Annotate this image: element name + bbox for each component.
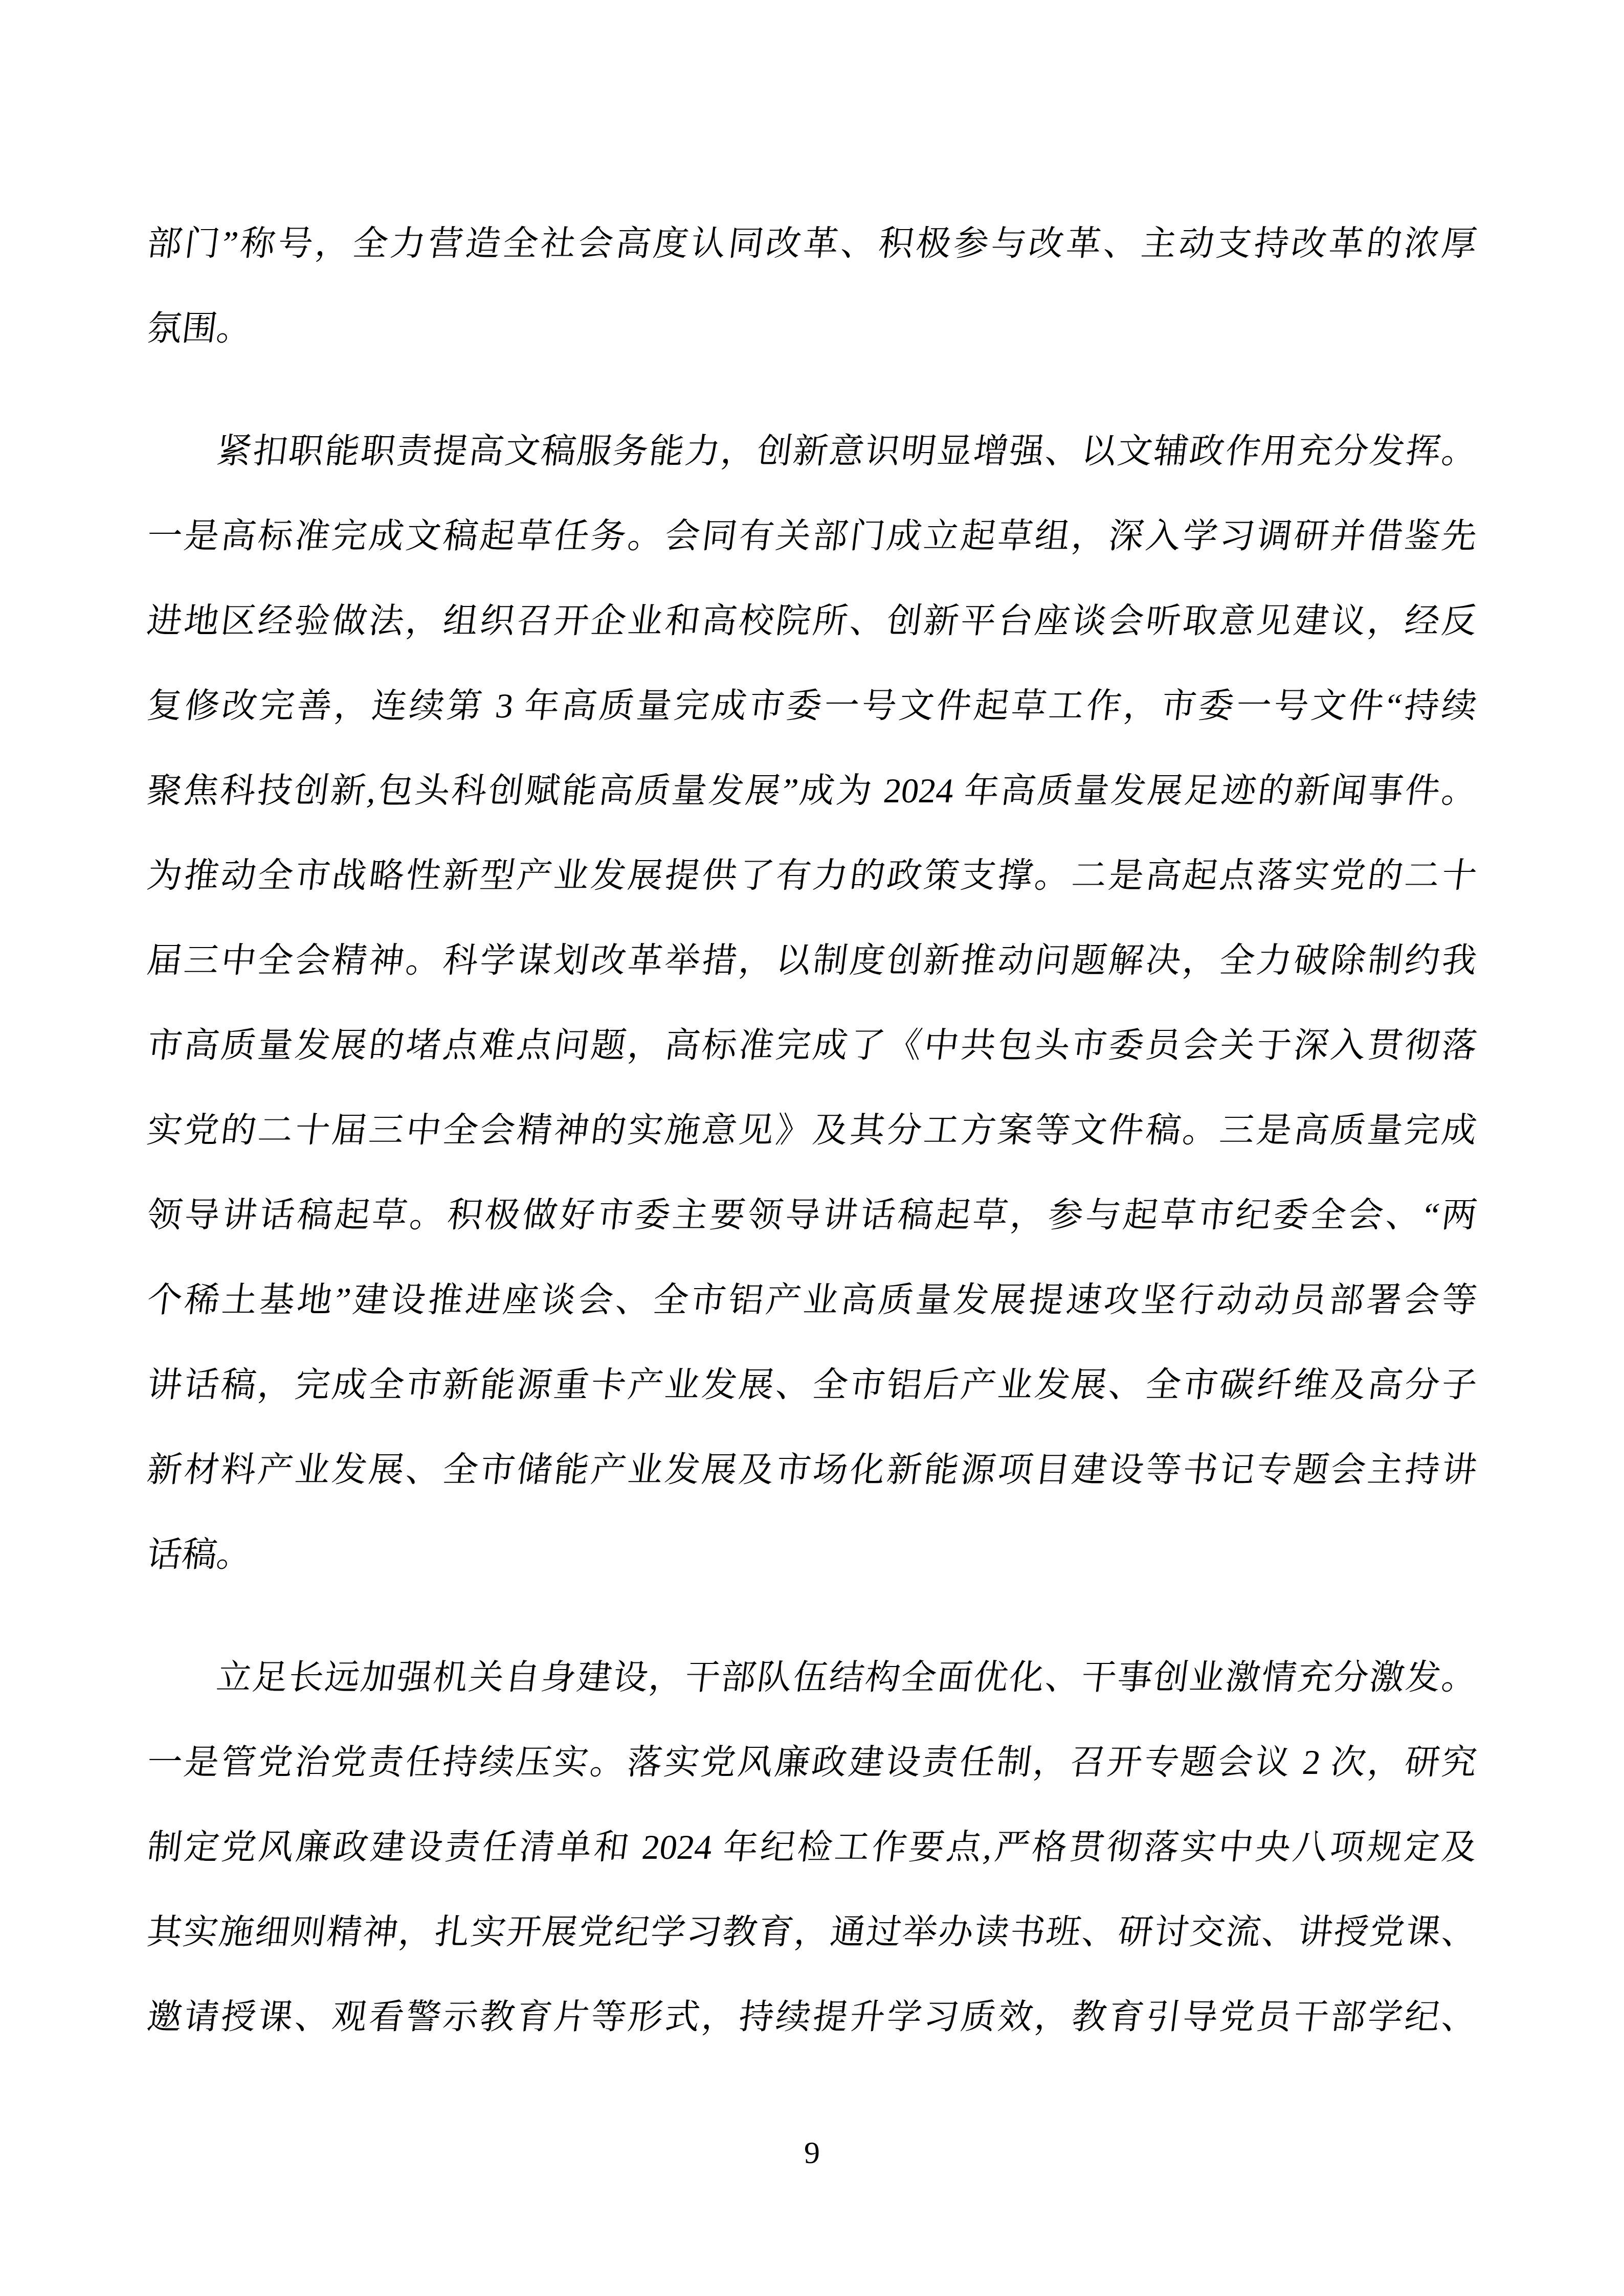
- text-line: 部门”称号，全力营造全社会高度认同改革、积极参与改革、主动支持改革的浓厚: [142, 201, 1482, 286]
- text-line: 紧扣职能职责提高文稿服务能力，创新意识明显增强、以文辅政作用充分发挥。: [142, 409, 1482, 493]
- text-line: 领导讲话稿起草。积极做好市委主要领导讲话稿起草，参与起草市纪委全会、“两: [142, 1173, 1482, 1257]
- text-line: 市高质量发展的堵点难点问题，高标准完成了《中共包头市委员会关于深入贯彻落: [142, 1003, 1482, 1088]
- document-body: 部门”称号，全力营造全社会高度认同改革、积极参与改革、主动支持改革的浓厚 氛围。…: [147, 201, 1477, 2059]
- page-number: 9: [0, 2135, 1624, 2171]
- text-line: 其实施细则精神，扎实开展党纪学习教育，通过举办读书班、研讨交流、讲授党课、: [142, 1889, 1482, 1974]
- text-line: 话稿。: [142, 1512, 1482, 1597]
- text-line: 为推动全市战略性新型产业发展提供了有力的政策支撑。二是高起点落实党的二十: [142, 833, 1482, 918]
- text-line: 个稀土基地”建设推进座谈会、全市铝产业高质量发展提速攻坚行动动员部署会等: [142, 1257, 1482, 1342]
- text-line: 讲话稿，完成全市新能源重卡产业发展、全市铝后产业发展、全市碳纤维及高分子: [142, 1342, 1482, 1427]
- text-line: 复修改完善，连续第 3 年高质量完成市委一号文件起草工作，市委一号文件“持续: [142, 663, 1482, 748]
- text-line: 氛围。: [142, 286, 1482, 371]
- text-line: 实党的二十届三中全会精神的实施意见》及其分工方案等文件稿。三是高质量完成: [142, 1088, 1482, 1173]
- text-line: 进地区经验做法，组织召开企业和高校院所、创新平台座谈会听取意见建议，经反: [142, 578, 1482, 663]
- text-line: 邀请授课、观看警示教育片等形式，持续提升学习质效，教育引导党员干部学纪、: [142, 1974, 1482, 2059]
- text-line: 新材料产业发展、全市储能产业发展及市场化新能源项目建设等书记专题会主持讲: [142, 1427, 1482, 1512]
- text-line: 一是高标准完成文稿起草任务。会同有关部门成立起草组，深入学习调研并借鉴先: [142, 493, 1482, 578]
- text-line: 聚焦科技创新,包头科创赋能高质量发展”成为 2024 年高质量发展足迹的新闻事件…: [142, 748, 1482, 833]
- document-page: 部门”称号，全力营造全社会高度认同改革、积极参与改革、主动支持改革的浓厚 氛围。…: [0, 0, 1624, 2296]
- text-line: 制定党风廉政建设责任清单和 2024 年纪检工作要点,严格贯彻落实中央八项规定及: [142, 1805, 1482, 1889]
- text-line: 立足长远加强机关自身建设，干部队伍结构全面优化、干事创业激情充分激发。: [142, 1635, 1482, 1720]
- text-line: 届三中全会精神。科学谋划改革举措，以制度创新推动问题解决，全力破除制约我: [142, 918, 1482, 1003]
- text-line: 一是管党治党责任持续压实。落实党风廉政建设责任制，召开专题会议 2 次，研究: [142, 1720, 1482, 1805]
